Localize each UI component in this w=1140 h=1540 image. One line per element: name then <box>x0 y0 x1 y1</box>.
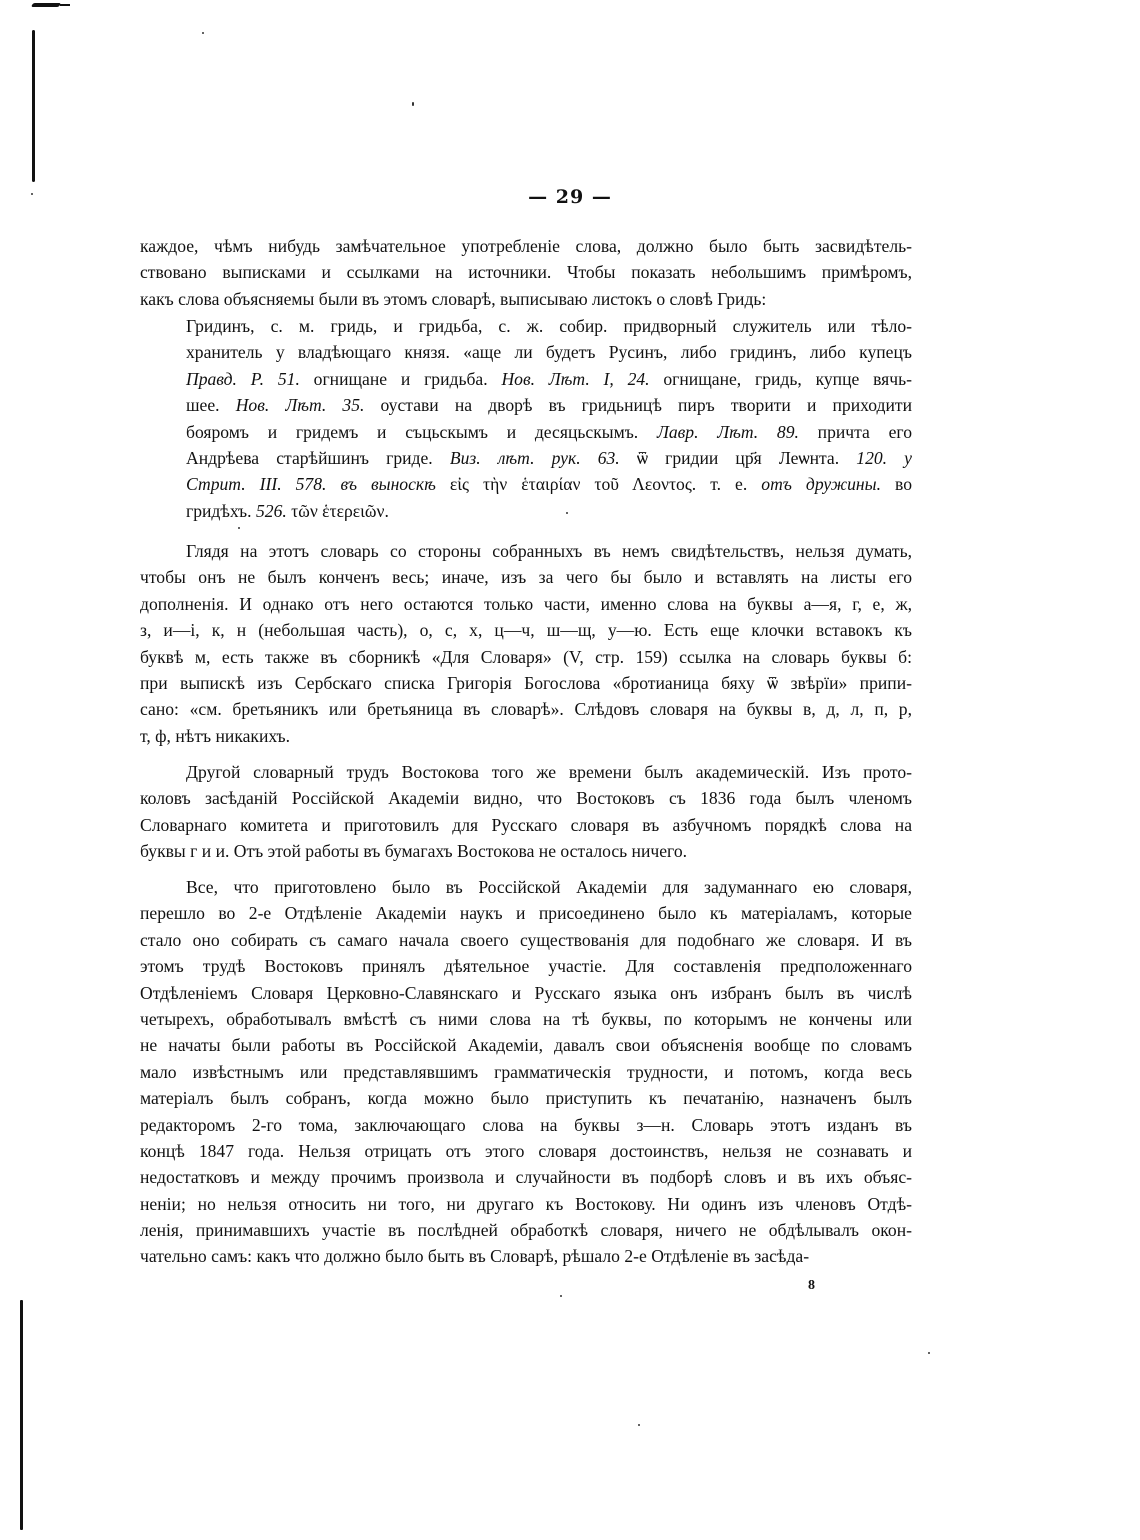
text-line: перешло во 2-е Отдѣленіе Академіи наукъ … <box>140 900 912 926</box>
text-line: Все, что приготовлено было въ Россійской… <box>140 874 912 900</box>
text-line: ленія, принимавшихъ участіе въ послѣдней… <box>140 1217 912 1243</box>
scan-artifact-mark <box>31 3 61 7</box>
text-line: стало оно собирать съ самаго начала свое… <box>140 927 912 953</box>
scan-artifact-mark <box>60 4 70 6</box>
entry-line: бояромъ и гридемъ и съцьскымъ и десяцьск… <box>186 419 912 445</box>
entry-line: Стрит. III. 578. въ выноскѣ εἰς τὴν ἑται… <box>186 471 912 497</box>
paragraph-dictionary-remnants: Глядя на этотъ словарь со стороны собран… <box>140 538 912 749</box>
source-citation: Лавр. Лѣт. 89. <box>657 422 799 442</box>
dictionary-entry-gridin: Гридинъ, с. м. гридь, и гридьба, с. ж. с… <box>186 313 912 524</box>
entry-text: ѿ гридии цр҃я Леѡнта. <box>620 448 857 468</box>
text-line: т, ф, нѣтъ никакихъ. <box>140 723 912 749</box>
text-line: з, и—і, к, н (небольшая часть), о, с, х,… <box>140 617 912 643</box>
text-line: ствовано выписками и ссылками на источни… <box>140 259 912 285</box>
entry-text: оустави на дворѣ въ гридьницѣ пиръ твори… <box>364 395 912 415</box>
entry-text: во <box>881 474 912 494</box>
entry-text: τῶν ἑτερειῶν. <box>287 501 389 521</box>
scanned-page: — 29 — каждое, чѣмъ нибудь замѣчательное… <box>0 0 1140 1540</box>
paragraph-second-department: Все, что приготовлено было въ Россійской… <box>140 874 912 1270</box>
scan-speck <box>928 1352 930 1354</box>
scan-speck <box>412 102 414 106</box>
scan-speck <box>238 527 240 529</box>
entry-text: огнищане, гридь, купце вячь- <box>650 369 912 389</box>
text-line: коловъ засѣданій Россійской Академіи вид… <box>140 785 912 811</box>
text-line: при выпискѣ изъ Сербскаго списка Григорі… <box>140 670 912 696</box>
entry-line: Правд. Р. 51. огнищане и гридьба. Нов. Л… <box>186 366 912 392</box>
source-citation: Стрит. III. 578. въ выноскѣ <box>186 474 436 494</box>
scan-edge-line <box>32 30 35 182</box>
source-citation: Виз. лѣт. рук. 63. <box>450 448 620 468</box>
text-line: Другой словарный трудъ Востокова того же… <box>140 759 912 785</box>
entry-text: причта его <box>799 422 912 442</box>
scan-speck <box>202 32 204 34</box>
entry-text: Гридинъ, с. м. гридь, и гридьба, с. ж. с… <box>186 316 912 336</box>
scan-speck <box>638 1424 640 1426</box>
text-line: не начаты были работы въ Россійской Акад… <box>140 1032 912 1058</box>
paragraph-academy-dictionary: Другой словарный трудъ Востокова того же… <box>140 759 912 865</box>
intro-paragraph: каждое, чѣмъ нибудь замѣчательное употре… <box>140 233 912 312</box>
text-line: буквы г и и. Отъ этой работы въ бумагахъ… <box>140 838 912 864</box>
source-citation: 120. у <box>856 448 912 468</box>
entry-line: хранитель у владѣющаго князя. «аще ли бу… <box>186 339 912 365</box>
text-line: Отдѣленіемъ Словаря Церковно-Славянскаго… <box>140 980 912 1006</box>
text-line: буквѣ м, есть также въ сборникѣ «Для Сло… <box>140 644 912 670</box>
entry-text: шее. <box>186 395 236 415</box>
entry-text: гридѣхъ. <box>186 501 256 521</box>
source-citation: 526. <box>256 501 287 521</box>
source-citation: Нов. Лѣт. I, 24. <box>501 369 649 389</box>
entry-text: хранитель у владѣющаго князя. «аще ли бу… <box>186 342 912 362</box>
text-line: какъ слова объясняемы были въ этомъ слов… <box>140 286 912 312</box>
source-citation: отъ дружины. <box>761 474 881 494</box>
text-line: дополненія. И однако отъ него остаются т… <box>140 591 912 617</box>
text-line: мало извѣстнымъ или представлявшимъ грам… <box>140 1059 912 1085</box>
text-line: Глядя на этотъ словарь со стороны собран… <box>140 538 912 564</box>
text-line: неніи; но нельзя относить ни того, ни др… <box>140 1191 912 1217</box>
text-line: сано: «см. бретьяникъ или бретьяница въ … <box>140 696 912 722</box>
text-line: чательно самъ: какъ что должно было быть… <box>140 1243 912 1269</box>
source-citation: Правд. Р. 51. <box>186 369 300 389</box>
text-line: недостатковъ и между прочимъ произвола и… <box>140 1164 912 1190</box>
page-number: — 29 — <box>0 186 1140 208</box>
entry-text: бояромъ и гридемъ и съцьскымъ и десяцьск… <box>186 422 657 442</box>
signature-mark: 8 <box>808 1278 815 1294</box>
text-line: Словарнаго комитета и приготовилъ для Ру… <box>140 812 912 838</box>
entry-text: Андрѣева старѣйшинъ гриде. <box>186 448 450 468</box>
text-line: концѣ 1847 года. Нельзя отрицать отъ это… <box>140 1138 912 1164</box>
entry-text: огнищане и гридьба. <box>300 369 502 389</box>
entry-line: Гридинъ, с. м. гридь, и гридьба, с. ж. с… <box>186 313 912 339</box>
text-line: чтобы онъ не былъ конченъ весь; иначе, и… <box>140 564 912 590</box>
entry-line: шее. Нов. Лѣт. 35. оустави на дворѣ въ г… <box>186 392 912 418</box>
entry-text: εἰς τὴν ἑταιρίαν τοῦ Λεοντος. т. е. <box>436 474 761 494</box>
scan-edge-line <box>20 1300 23 1530</box>
entry-line: гридѣхъ. 526. τῶν ἑτερειῶν. <box>186 498 912 524</box>
text-line: этомъ трудѣ Востоковъ принялъ дѣятельное… <box>140 953 912 979</box>
text-line: каждое, чѣмъ нибудь замѣчательное употре… <box>140 233 912 259</box>
scan-speck <box>560 1295 562 1297</box>
text-line: редакторомъ 2-го тома, заключающаго слов… <box>140 1112 912 1138</box>
text-line: матеріалъ былъ собранъ, когда можно было… <box>140 1085 912 1111</box>
entry-line: Андрѣева старѣйшинъ гриде. Виз. лѣт. рук… <box>186 445 912 471</box>
text-line: четырехъ, обработывалъ вмѣстѣ съ ними сл… <box>140 1006 912 1032</box>
source-citation: Нов. Лѣт. 35. <box>236 395 365 415</box>
